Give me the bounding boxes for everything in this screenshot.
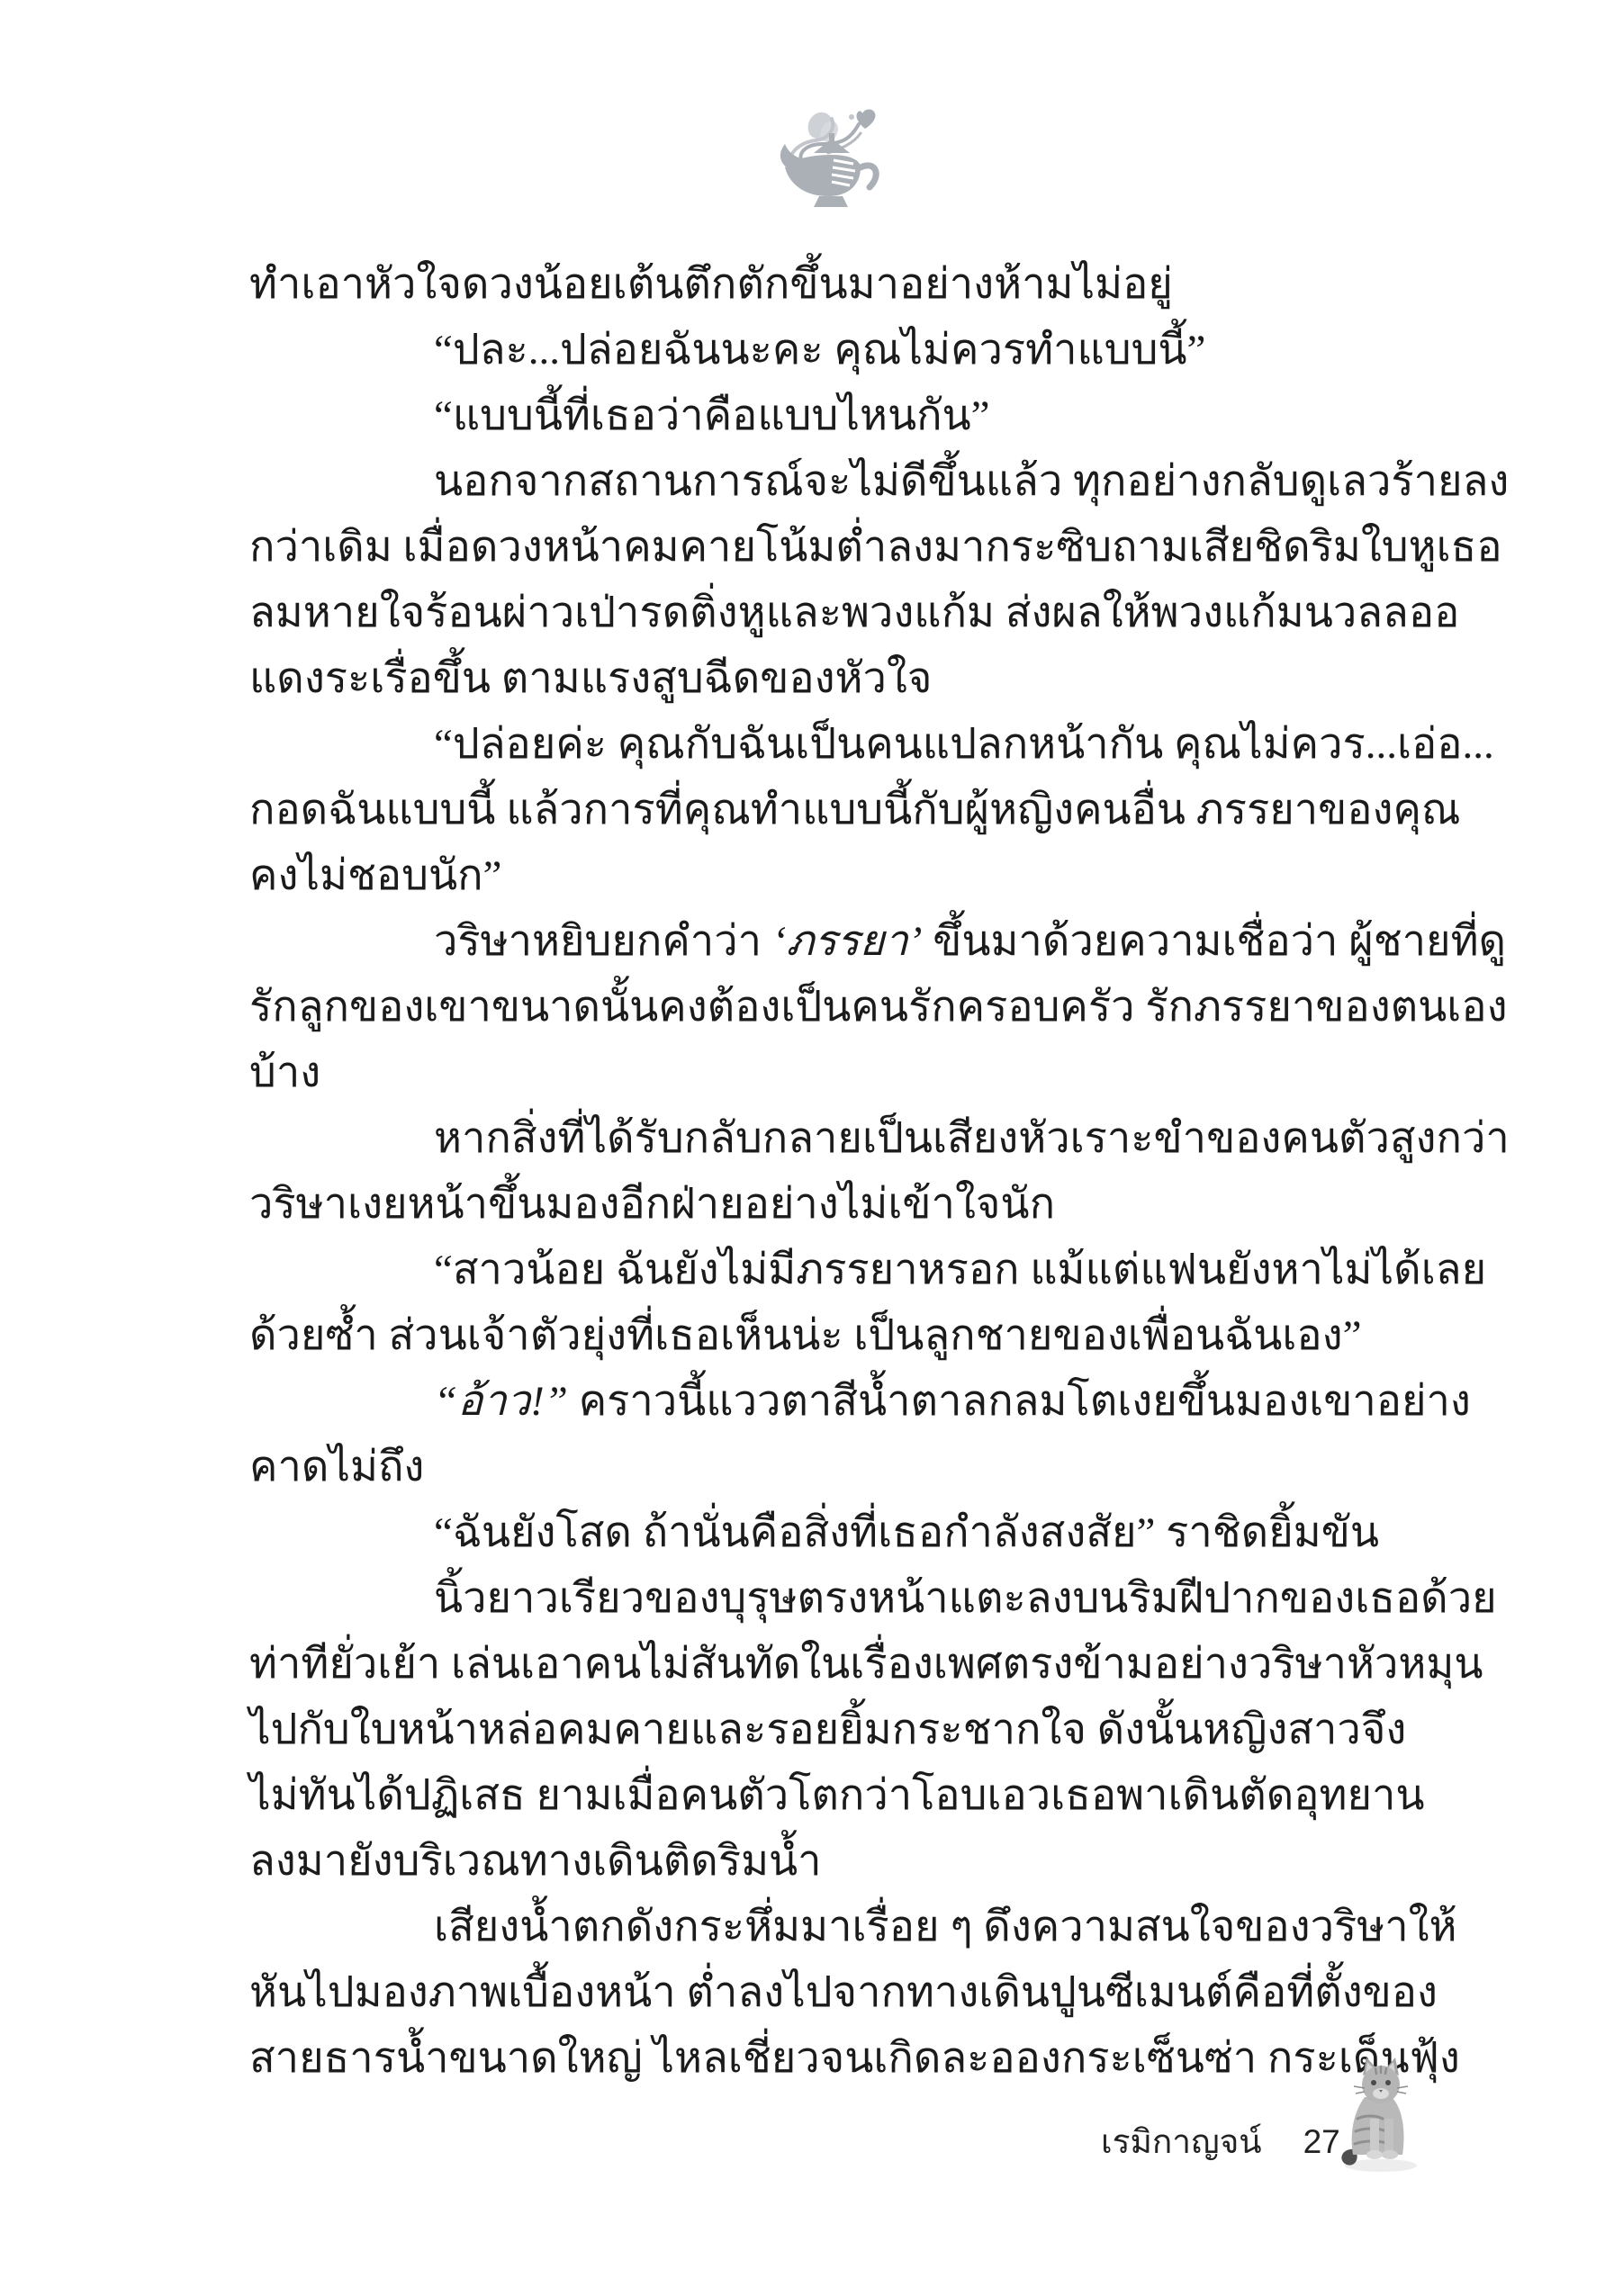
text-line: เสียงน้ำตกดังกระหึ่มมาเรื่อย ๆ ดึงความสน… — [249, 1895, 1460, 1960]
teapot-lamp-icon — [776, 101, 893, 223]
text-line: วริษาหยิบยกคำว่า ‘ภรรยา’ ขึ้นมาด้วยความเ… — [249, 909, 1460, 975]
author-name: เรมิกาญจน์ — [1101, 2115, 1262, 2168]
page-number: 27 — [1303, 2123, 1340, 2161]
text-line: กว่าเดิม เมื่อดวงหน้าคมคายโน้มต่ำลงมากระ… — [249, 515, 1460, 581]
text-line: สายธารน้ำขนาดใหญ่ ไหลเชี่ยวจนเกิดละอองกร… — [249, 2026, 1460, 2092]
text-line: ท่าทียั่วเย้า เล่นเอาคนไม่สันทัดในเรื่อง… — [249, 1632, 1460, 1697]
text-line: นอกจากสถานการณ์จะไม่ดีขึ้นแล้ว ทุกอย่างก… — [249, 449, 1460, 515]
text-line: บ้าง — [249, 1040, 1460, 1106]
text-line: “แบบนี้ที่เธอว่าคือแบบไหนกัน” — [249, 383, 1460, 449]
text-line: “ปละ...ปล่อยฉันนะคะ คุณไม่ควรทำแบบนี้” — [249, 318, 1460, 383]
text-line: ไปกับใบหน้าหล่อคมคายและรอยยิ้มกระชากใจ ด… — [249, 1697, 1460, 1763]
book-page: ทำเอาหัวใจดวงน้อยเต้นตึกตักขึ้นมาอย่างห้… — [0, 0, 1605, 2296]
italic-word: ‘ภรรยา’ — [772, 918, 923, 965]
text-line: ไม่ทันได้ปฏิเสธ ยามเมื่อคนตัวโตกว่าโอบเอ… — [249, 1763, 1460, 1829]
page-footer: เรมิกาญจน์ 27 — [1101, 2115, 1340, 2168]
text-line: ลงมายังบริเวณทางเดินติดริมน้ำ — [249, 1829, 1460, 1895]
italic-word: “อ้าว!” — [434, 1378, 568, 1425]
text-line: หันไปมองภาพเบื้องหน้า ต่ำลงไปจากทางเดินป… — [249, 1960, 1460, 2026]
text-line: คงไม่ชอบนัก” — [249, 843, 1460, 909]
text-segment: ขึ้นมาด้วยความเชื่อว่า ผู้ชายที่ดู — [922, 918, 1506, 965]
text-line: แดงระเรื่อขึ้น ตามแรงสูบฉีดของหัวใจ — [249, 646, 1460, 712]
page-body: ทำเอาหัวใจดวงน้อยเต้นตึกตักขึ้นมาอย่างห้… — [249, 252, 1460, 2092]
text-line: กอดฉันแบบนี้ แล้วการที่คุณทำแบบนี้กับผู้… — [249, 778, 1460, 843]
text-line: รักลูกของเขาขนาดนั้นคงต้องเป็นคนรักครอบค… — [249, 975, 1460, 1040]
text-line: วริษาเงยหน้าขึ้นมองอีกฝ่ายอย่างไม่เข้าใจ… — [249, 1172, 1460, 1238]
kitten-icon — [1338, 2056, 1423, 2174]
text-line: นิ้วยาวเรียวของบุรุษตรงหน้าแตะลงบนริมฝีป… — [249, 1566, 1460, 1632]
text-line: ทำเอาหัวใจดวงน้อยเต้นตึกตักขึ้นมาอย่างห้… — [249, 252, 1460, 318]
text-line: ลมหายใจร้อนผ่าวเป่ารดติ่งหูและพวงแก้ม ส่… — [249, 581, 1460, 646]
text-line: “ปล่อยค่ะ คุณกับฉันเป็นคนแปลกหน้ากัน คุณ… — [249, 712, 1460, 778]
text-line: ด้วยซ้ำ ส่วนเจ้าตัวยุ่งที่เธอเห็นน่ะ เป็… — [249, 1303, 1460, 1369]
text-line: “สาวน้อย ฉันยังไม่มีภรรยาหรอก แม้แต่แฟนย… — [249, 1238, 1460, 1303]
text-line: หากสิ่งที่ได้รับกลับกลายเป็นเสียงหัวเราะ… — [249, 1106, 1460, 1172]
text-segment: วริษาหยิบยกคำว่า — [434, 918, 772, 965]
text-segment: คราวนี้แววตาสีน้ำตาลกลมโตเงยขึ้นมองเขาอย… — [568, 1378, 1471, 1425]
text-line: คาดไม่ถึง — [249, 1435, 1460, 1500]
text-line: “อ้าว!” คราวนี้แววตาสีน้ำตาลกลมโตเงยขึ้น… — [249, 1369, 1460, 1435]
text-line: “ฉันยังโสด ถ้านั่นคือสิ่งที่เธอกำลังสงสั… — [249, 1500, 1460, 1566]
